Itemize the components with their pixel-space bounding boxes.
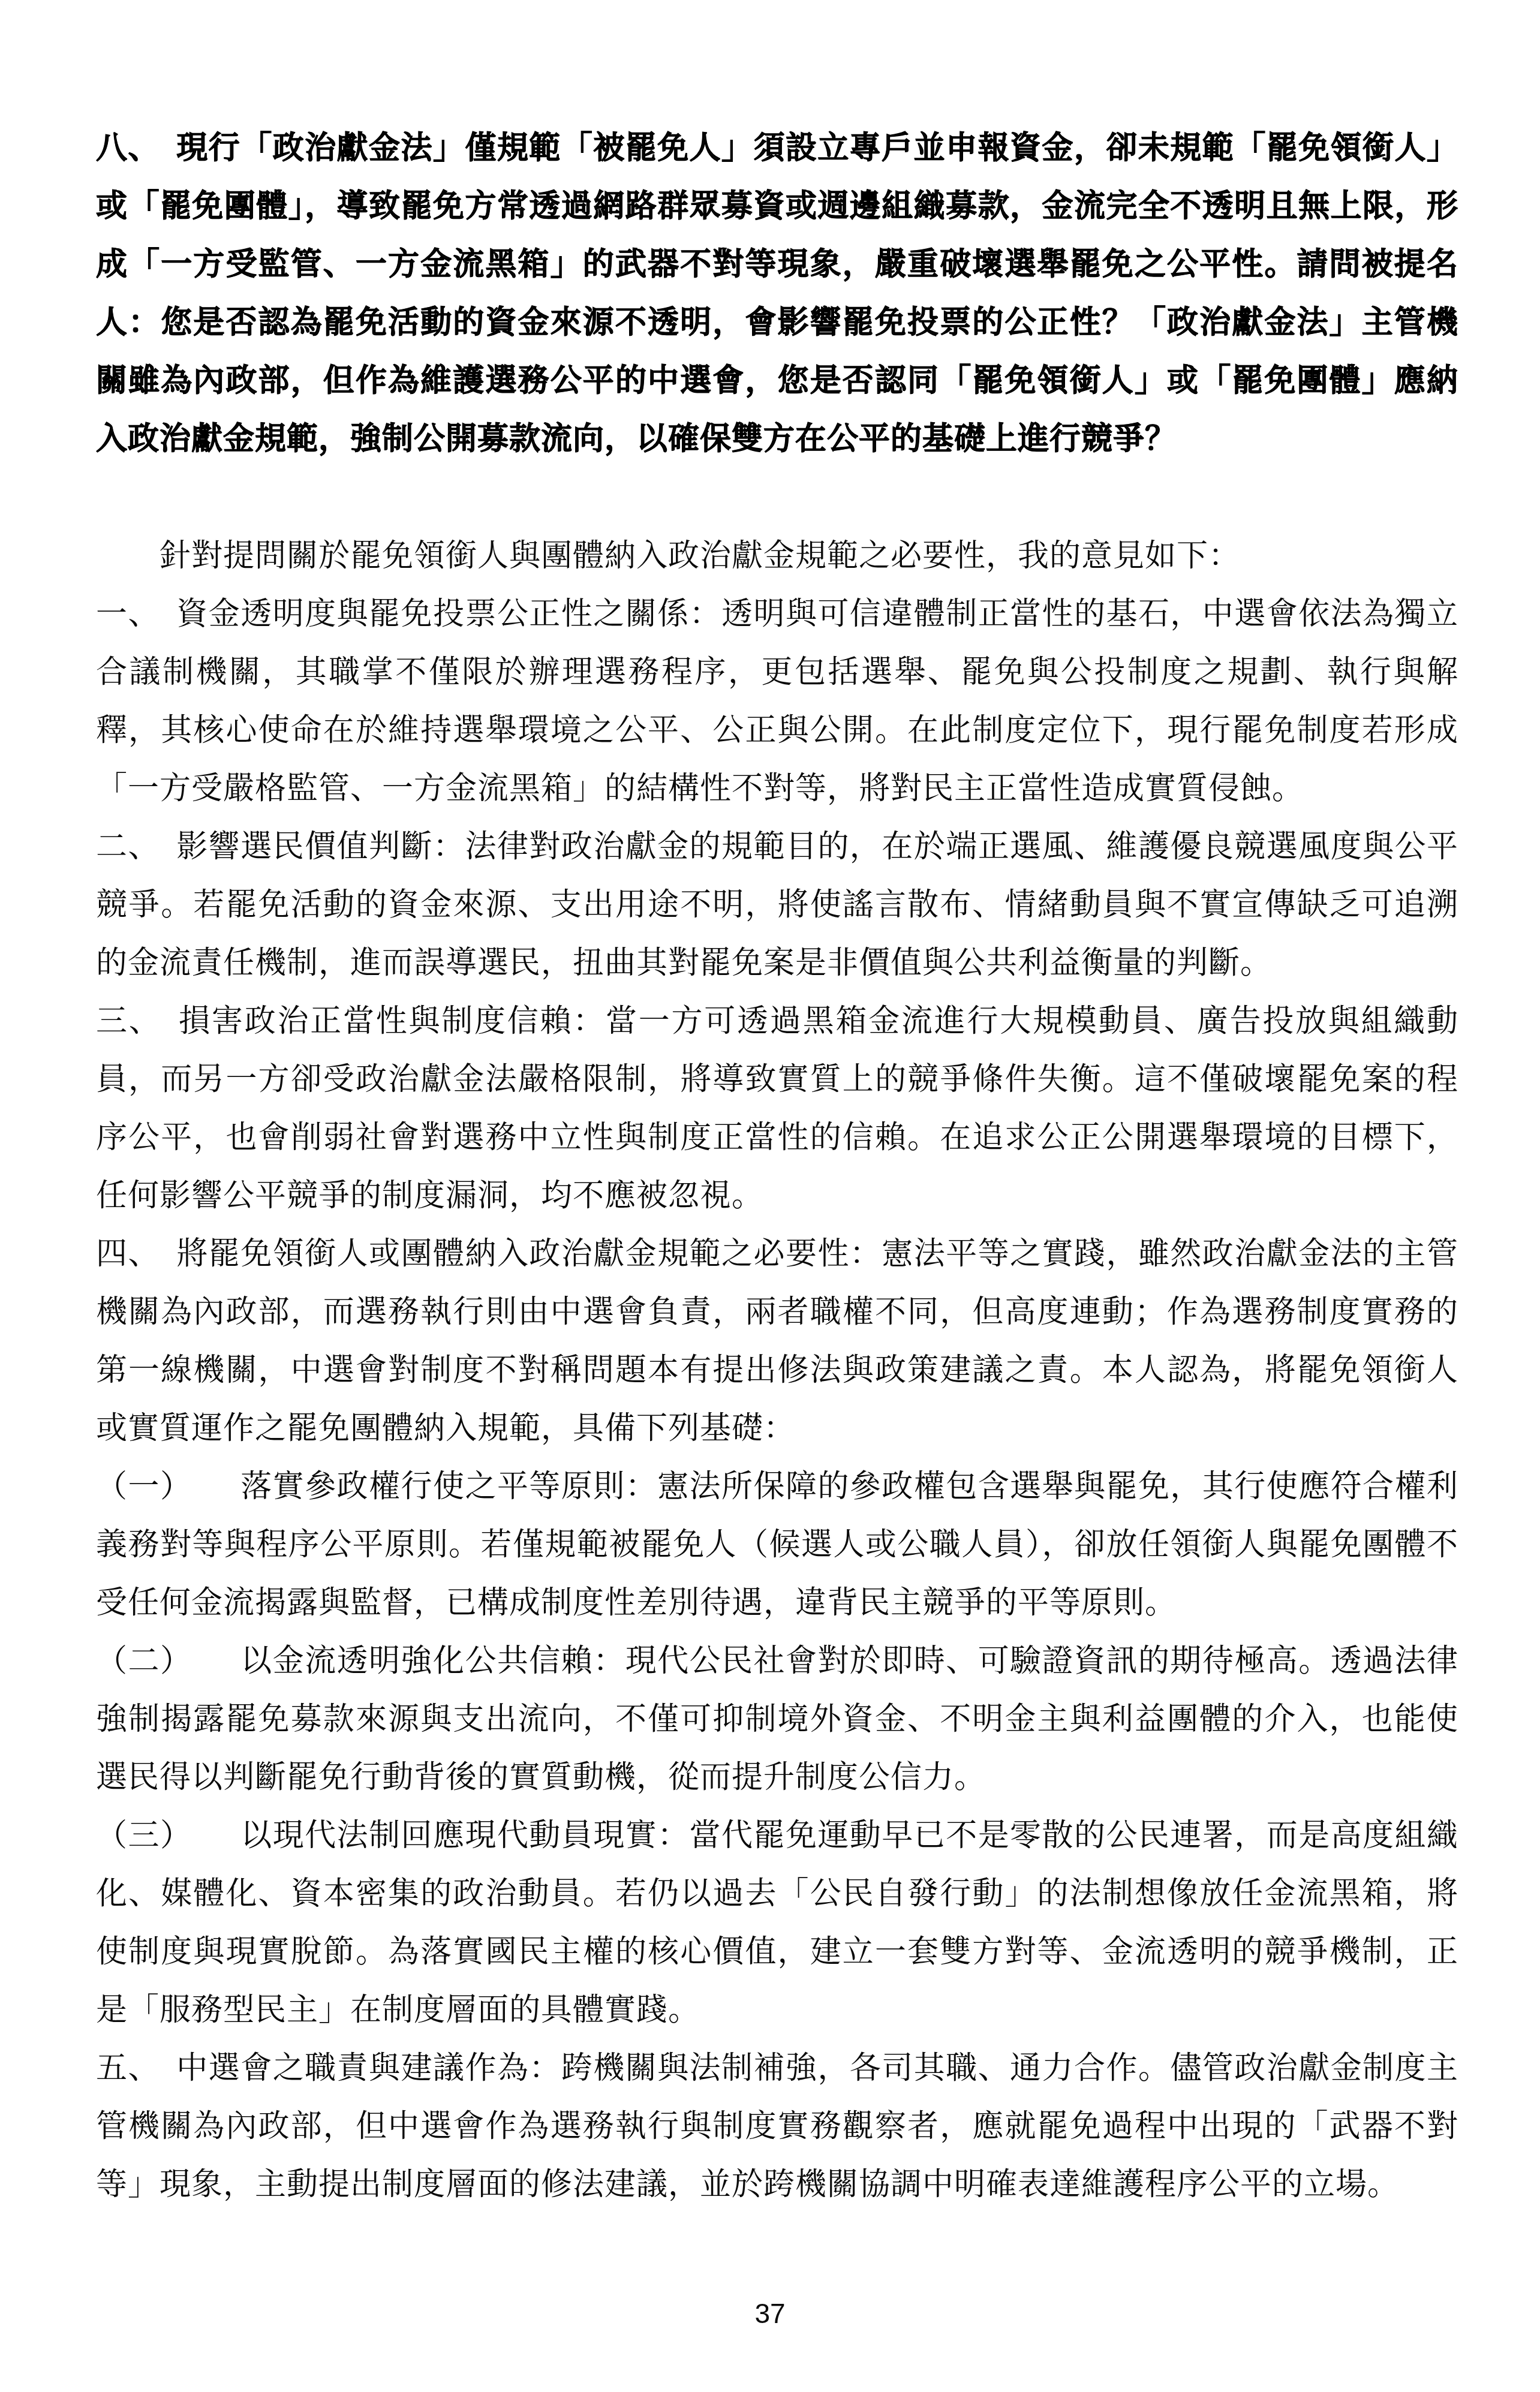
subpoint-2-paragraph: （二） 以金流透明強化公共信賴：現代公民社會對於即時、可驗證資訊的期待極高。透過… xyxy=(96,1632,1458,1807)
intro-paragraph: 針對提問關於罷免領銜人與團體納入政治獻金規範之必要性，我的意見如下： xyxy=(96,527,1458,585)
point-5-paragraph: 五、 中選會之職責與建議作為：跨機關與法制補強，各司其職、通力合作。儘管政治獻金… xyxy=(96,2039,1458,2214)
text-block: 八、 現行「政治獻金法」僅規範「被罷免人」須設立專戶並申報資金，卻未規範「罷免領… xyxy=(96,119,1458,2214)
document-page: 八、 現行「政治獻金法」僅規範「被罷免人」須設立專戶並申報資金，卻未規範「罷免領… xyxy=(0,0,1540,2392)
point-1-paragraph: 一、 資金透明度與罷免投票公正性之關係：透明與可信違體制正當性的基石，中選會依法… xyxy=(96,585,1458,818)
question-paragraph: 八、 現行「政治獻金法」僅規範「被罷免人」須設立專戶並申報資金，卻未規範「罷免領… xyxy=(96,119,1458,468)
point-4-paragraph: 四、 將罷免領銜人或團體納入政治獻金規範之必要性：憲法平等之實踐，雖然政治獻金法… xyxy=(96,1225,1458,1458)
page-number: 37 xyxy=(0,2295,1540,2331)
subpoint-3-paragraph: （三） 以現代法制回應現代動員現實：當代罷免運動早已不是零散的公民連署，而是高度… xyxy=(96,1807,1458,2039)
point-2-paragraph: 二、 影響選民價值判斷：法律對政治獻金的規範目的，在於端正選風、維護優良競選風度… xyxy=(96,818,1458,992)
subpoint-1-paragraph: （一） 落實參政權行使之平等原則：憲法所保障的參政權包含選舉與罷免，其行使應符合… xyxy=(96,1458,1458,1632)
point-3-paragraph: 三、 損害政治正當性與制度信賴：當一方可透過黑箱金流進行大規模動員、廣告投放與組… xyxy=(96,992,1458,1225)
